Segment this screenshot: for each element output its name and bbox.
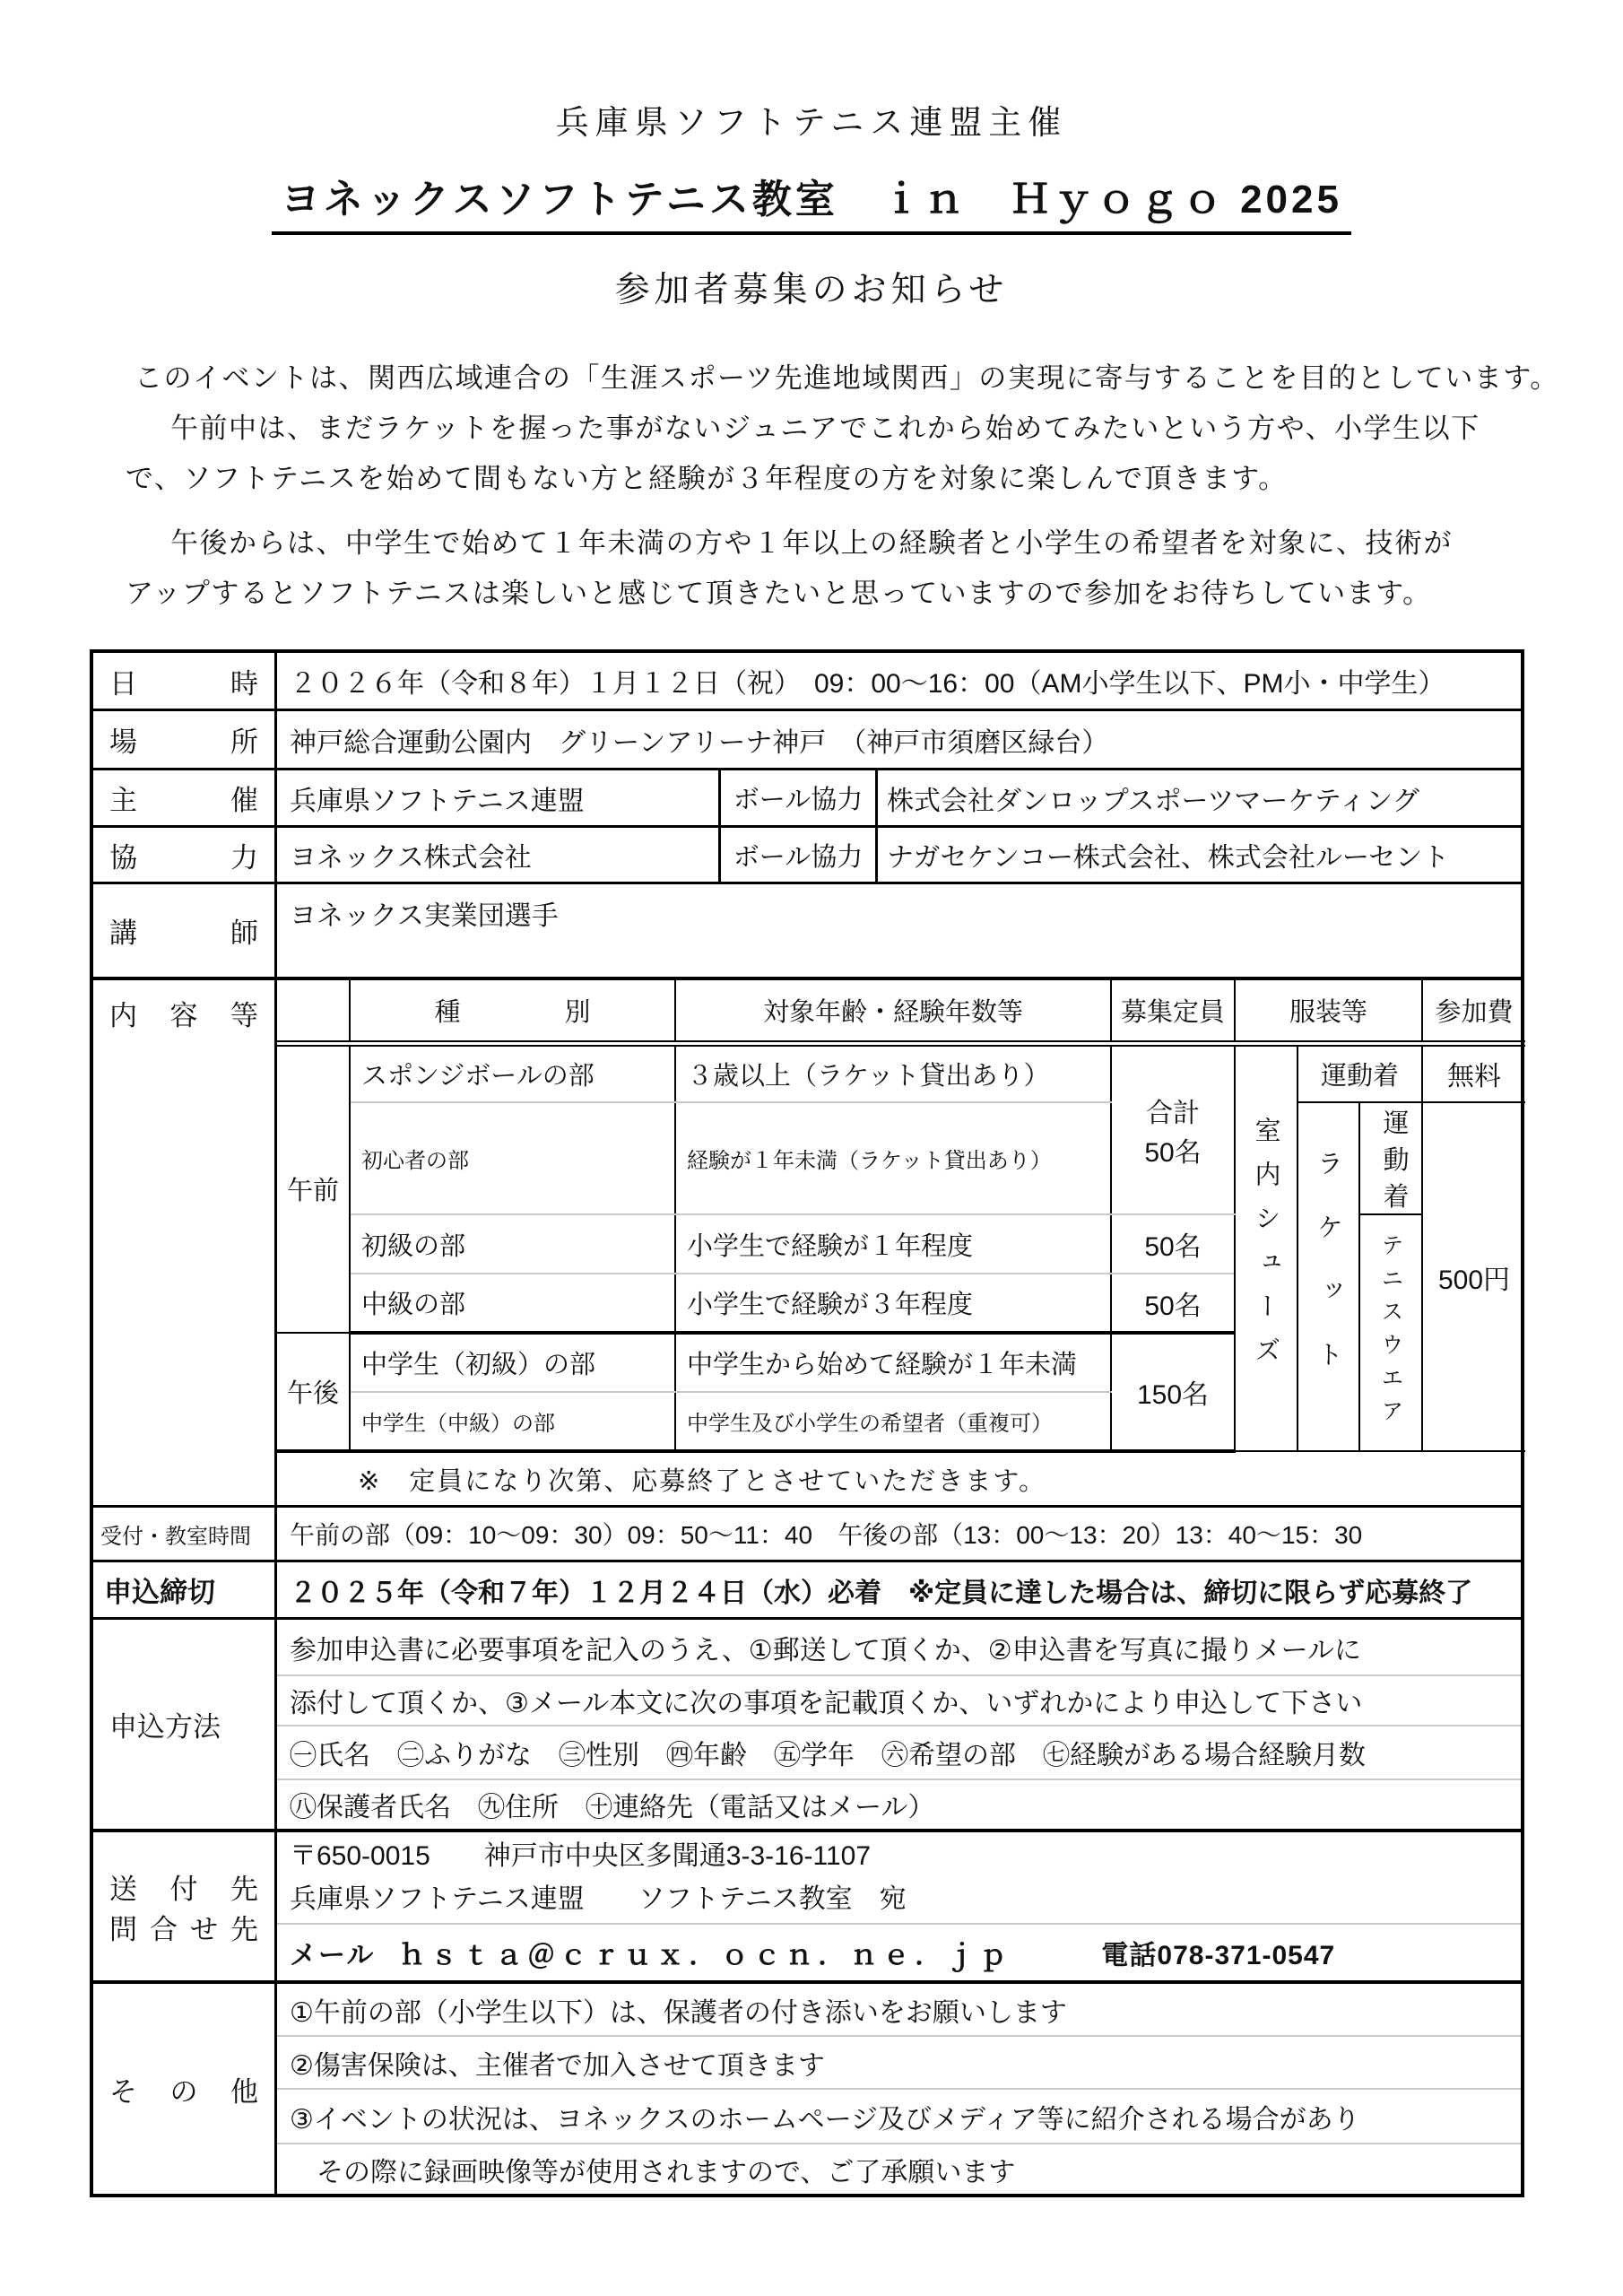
row-deadline-label: 申込締切 (93, 1562, 277, 1617)
organization-line: 兵庫県ソフトテニス連盟 ソフトテニス教室 宛 (290, 1878, 1521, 1921)
contents-note-row: ※ 定員になり次第、応募終了とさせていただきます。 (277, 1451, 1525, 1505)
row-other-lines: ①午前の部（小学生以下）は、保護者の付き添いをお願いします ②傷害保険は、主催者… (277, 1984, 1521, 2194)
main-title: ヨネックスソフトテニス教室 ｉｎ Ｈｙｏｇｏ 2025 (0, 167, 1623, 235)
row-instructor-value: ヨネックス実業団選手 (277, 884, 1521, 977)
row-method: 申込方法 参加申込書に必要事項を記入のうえ、①郵送して頂くか、②申込書を写真に撮… (93, 1617, 1521, 1829)
phone-number: 電話078-371-0547 (1101, 1933, 1335, 1972)
ball-support-label: ボール協力 (721, 828, 878, 882)
host-name: 兵庫県ソフトテニス連盟 (277, 770, 721, 825)
row-other: その他 ①午前の部（小学生以下）は、保護者の付き添いをお願いします ②傷害保険は… (93, 1980, 1521, 2194)
row-deadline-value: ２０２５年（令和７年）１２月２４日（水）必着 ※定員に達した場合は、締切に限らず… (277, 1562, 1521, 1617)
sportswear-small-cell: 運動着 (1359, 1102, 1422, 1214)
category-cell: 初心者の部 (350, 1102, 675, 1214)
contents-header-fee: 参加費 (1422, 980, 1525, 1043)
row-contents-label: 内容等 (93, 980, 277, 1505)
other-line: ①午前の部（小学生以下）は、保護者の付き添いをお願いします (277, 1984, 1521, 2035)
ball-support-company: ナガセケンコー株式会社、株式会社ルーセント (878, 828, 1521, 882)
contents-header-empty (277, 980, 350, 1043)
document-page: 兵庫県ソフトテニス連盟主催 ヨネックスソフトテニス教室 ｉｎ Ｈｙｏｇｏ 202… (0, 0, 1623, 2296)
postal-address: 〒650-0015 神戸市中央区多聞通3-3-16-1107 (290, 1835, 1521, 1878)
row-address-value: 〒650-0015 神戸市中央区多聞通3-3-16-1107 兵庫県ソフトテニス… (277, 1832, 1521, 1980)
intro-line: で、ソフトテニスを始めて間もない方と経験が３年程度の方を対象に楽しんで頂きます。 (126, 454, 1524, 504)
method-line: 添付して頂くか、③メール本文に次の事項を記載頂くか、いずれかにより申込して下さい (277, 1674, 1521, 1725)
method-line: 参加申込書に必要事項を記入のうえ、①郵送して頂くか、②申込書を写真に撮りメールに (277, 1620, 1521, 1674)
category-cell: 初級の部 (350, 1214, 675, 1274)
cooperation-name: ヨネックス株式会社 (277, 828, 721, 882)
category-cell: 中学生（初級）の部 (350, 1333, 675, 1392)
capacity-total-cell: 合計 50名 (1111, 1043, 1235, 1214)
row-datetime-label: 日時 (93, 653, 277, 709)
contents-row-sponge: 午前 スポンジボールの部 ３歳以上（ラケット貸出あり） 合計 50名 室内シュー… (277, 1043, 1525, 1102)
target-cell: 経験が１年未満（ラケット貸出あり） (675, 1102, 1111, 1214)
contents-header-clothing: 服装等 (1235, 980, 1422, 1043)
capacity-cell: 50名 (1111, 1274, 1235, 1333)
target-cell: 小学生で経験が１年程度 (675, 1214, 1111, 1274)
row-place-value: 神戸総合運動公園内 グリーンアリーナ神戸 （神戸市須磨区緑台） (277, 711, 1521, 768)
contact-line: メール ｈｓｔａ＠ｃｒｕｘ．ｏｃｎ．ｎｅ．ｊｐ 電話078-371-0547 (277, 1923, 1521, 1980)
subtitle: 参加者募集のお知らせ (0, 262, 1623, 312)
row-instructor: 講師 ヨネックス実業団選手 (93, 882, 1521, 977)
contents-row-beginner: 初心者の部 経験が１年未満（ラケット貸出あり） ラケット 運動着 500円 (277, 1102, 1525, 1214)
row-contents: 内容等 種 別 対象年齢・経験年数等 募集定員 服装等 参加費 (93, 977, 1521, 1505)
target-cell: 小学生で経験が３年程度 (675, 1274, 1111, 1333)
other-line: その際に録画映像等が使用されますので、ご了承願います (277, 2143, 1521, 2194)
row-reception-value: 午前の部（09：10～09：30）09：50～11：40 午後の部（13：00～… (277, 1508, 1521, 1560)
tennis-wear-cell: テニスウエア (1359, 1214, 1422, 1451)
target-cell: ３歳以上（ラケット貸出あり） (675, 1043, 1111, 1102)
row-place-label: 場所 (93, 711, 277, 768)
sportswear-cell: 運動着 (1298, 1043, 1422, 1102)
row-host-cells: 兵庫県ソフトテニス連盟 ボール協力 株式会社ダンロップスポーツマーケティング (277, 770, 1521, 825)
indoor-shoes-cell: 室内シューズ (1235, 1043, 1298, 1451)
row-datetime-value: ２０２６年（令和８年）１月１２日（祝） 09：00～16：00（AM小学生以下、… (277, 653, 1521, 709)
row-host-label: 主催 (93, 770, 277, 825)
row-deadline: 申込締切 ２０２５年（令和７年）１２月２４日（水）必着 ※定員に達した場合は、締… (93, 1560, 1521, 1617)
supertitle: 兵庫県ソフトテニス連盟主催 (0, 95, 1623, 143)
other-line: ②傷害保険は、主催者で加入させて頂きます (277, 2035, 1521, 2088)
capacity-note: ※ 定員になり次第、応募終了とさせていただきます。 (277, 1451, 1525, 1505)
contents-table-wrap: 種 別 対象年齢・経験年数等 募集定員 服装等 参加費 午前 スポンジボールの部… (277, 980, 1525, 1505)
row-cooperation: 協力 ヨネックス株式会社 ボール協力 ナガセケンコー株式会社、株式会社ルーセント (93, 825, 1521, 882)
info-table: 日時 ２０２６年（令和８年）１月１２日（祝） 09：00～16：00（AM小学生… (90, 649, 1524, 2197)
contents-table: 種 別 対象年齢・経験年数等 募集定員 服装等 参加費 午前 スポンジボールの部… (277, 980, 1525, 1505)
am-label: 午前 (277, 1043, 350, 1333)
racket-cell: ラケット (1298, 1102, 1359, 1451)
row-other-label: その他 (93, 1984, 277, 2194)
ball-support-company: 株式会社ダンロップスポーツマーケティング (878, 770, 1521, 825)
pm-label: 午後 (277, 1333, 350, 1451)
target-cell: 中学生から始めて経験が１年未満 (675, 1333, 1111, 1392)
ball-support-label: ボール協力 (721, 770, 878, 825)
category-cell: スポンジボールの部 (350, 1043, 675, 1102)
contents-header-category: 種 別 (350, 980, 675, 1043)
intro-line: このイベントは、関西広域連合の「生涯スポーツ先進地域関西」の実現に寄与することを… (126, 353, 1524, 404)
row-place: 場所 神戸総合運動公園内 グリーンアリーナ神戸 （神戸市須磨区緑台） (93, 709, 1521, 768)
row-instructor-label: 講師 (93, 884, 277, 977)
contents-header-row: 種 別 対象年齢・経験年数等 募集定員 服装等 参加費 (277, 980, 1525, 1043)
row-address: 送付先 問合せ先 〒650-0015 神戸市中央区多聞通3-3-16-1107 … (93, 1829, 1521, 1980)
row-cooperation-cells: ヨネックス株式会社 ボール協力 ナガセケンコー株式会社、株式会社ルーセント (277, 828, 1521, 882)
intro-line: 午後からは、中学生で始めて１年未満の方や１年以上の経験者と小学生の希望者を対象に… (126, 518, 1524, 569)
contents-header-target: 対象年齢・経験年数等 (675, 980, 1111, 1043)
row-host: 主催 兵庫県ソフトテニス連盟 ボール協力 株式会社ダンロップスポーツマーケティン… (93, 768, 1521, 825)
capacity-cell: 50名 (1111, 1214, 1235, 1274)
row-datetime: 日時 ２０２６年（令和８年）１月１２日（祝） 09：00～16：00（AM小学生… (93, 653, 1521, 709)
row-method-lines: 参加申込書に必要事項を記入のうえ、①郵送して頂くか、②申込書を写真に撮りメールに… (277, 1620, 1521, 1829)
mail-address: ｈｓｔａ＠ｃｒｕｘ．ｏｃｎ．ｎｅ．ｊｐ (398, 1933, 1011, 1972)
row-reception-label: 受付・教室時間 (93, 1508, 277, 1560)
contents-header-capacity: 募集定員 (1111, 980, 1235, 1043)
address-block: 〒650-0015 神戸市中央区多聞通3-3-16-1107 兵庫県ソフトテニス… (277, 1832, 1521, 1923)
category-cell: 中級の部 (350, 1274, 675, 1333)
target-cell: 中学生及び小学生の希望者（重複可） (675, 1392, 1111, 1451)
category-cell: 中学生（中級）の部 (350, 1392, 675, 1451)
title-block: 兵庫県ソフトテニス連盟主催 ヨネックスソフトテニス教室 ｉｎ Ｈｙｏｇｏ 202… (0, 95, 1623, 312)
method-line: ㊀氏名 ㊁ふりがな ㊂性別 ㊃年齢 ㊄学年 ㊅希望の部 ㊆経験がある場合経験月数 (277, 1725, 1521, 1779)
intro-line: 午前中は、まだラケットを握った事がないジュニアでこれから始めてみたいという方や、… (126, 404, 1524, 454)
fee-paid-cell: 500円 (1422, 1102, 1525, 1451)
method-line: ㊇保護者氏名 ㊈住所 ㊉連絡先（電話又はメール） (277, 1779, 1521, 1829)
intro-paragraphs: このイベントは、関西広域連合の「生涯スポーツ先進地域関西」の実現に寄与することを… (126, 353, 1524, 619)
row-address-label: 送付先 問合せ先 (93, 1832, 277, 1980)
row-reception: 受付・教室時間 午前の部（09：10～09：30）09：50～11：40 午後の… (93, 1505, 1521, 1560)
other-line: ③イベントの状況は、ヨネックスのホームページ及びメディア等に紹介される場合があり (277, 2088, 1521, 2143)
mail-label: メール (290, 1933, 375, 1972)
intro-line: アップするとソフトテニスは楽しいと感じて頂きたいと思っていますので参加をお待ちし… (126, 569, 1524, 619)
row-method-label: 申込方法 (93, 1620, 277, 1829)
row-cooperation-label: 協力 (93, 828, 277, 882)
fee-free-cell: 無料 (1422, 1043, 1525, 1102)
main-title-text: ヨネックスソフトテニス教室 ｉｎ Ｈｙｏｇｏ 2025 (272, 167, 1351, 235)
capacity-pm-cell: 150名 (1111, 1333, 1235, 1451)
